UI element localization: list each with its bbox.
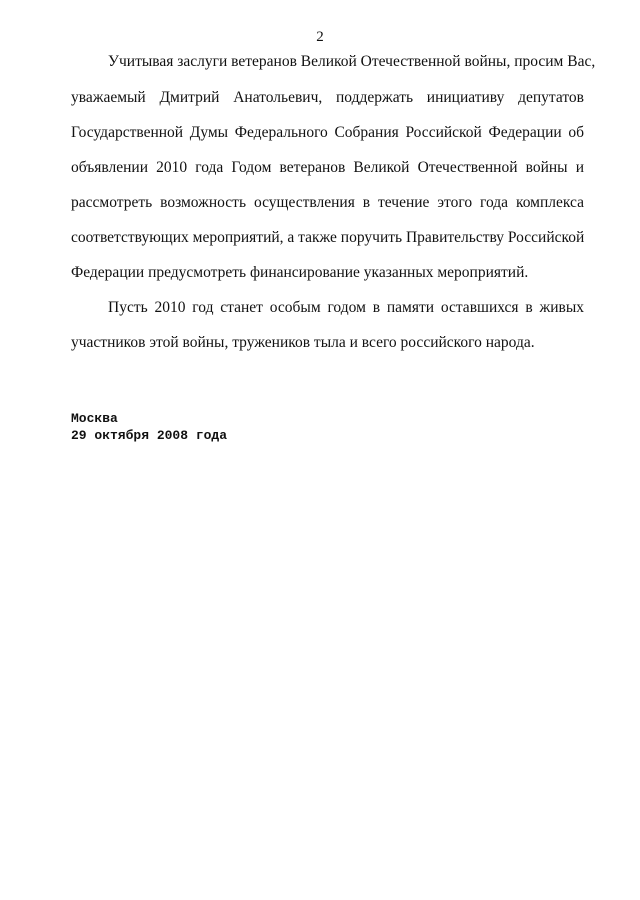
paragraph-line: уважаемый Дмитрий Анатольевич, поддержат… <box>71 88 584 108</box>
paragraph-line: Государственной Думы Федерального Собран… <box>71 123 584 143</box>
document-page: 2 Учитывая заслуги ветеранов Великой Оте… <box>0 0 640 900</box>
signature-date: 29 октября 2008 года <box>71 428 227 444</box>
paragraph-line: Учитывая заслуги ветеранов Великой Отече… <box>108 52 584 72</box>
paragraph-line: участников этой войны, тружеников тыла и… <box>71 333 584 353</box>
paragraph-line: объявлении 2010 года Годом ветеранов Вел… <box>71 158 584 178</box>
page-number: 2 <box>0 29 640 46</box>
paragraph-line: рассмотреть возможность осуществления в … <box>71 193 584 213</box>
paragraph-line: Пусть 2010 год станет особым годом в пам… <box>108 298 584 318</box>
paragraph-line: Федерации предусмотреть финансирование у… <box>71 263 584 283</box>
signature-city: Москва <box>71 411 118 427</box>
paragraph-line: соответствующих мероприятий, а также пор… <box>71 228 584 248</box>
